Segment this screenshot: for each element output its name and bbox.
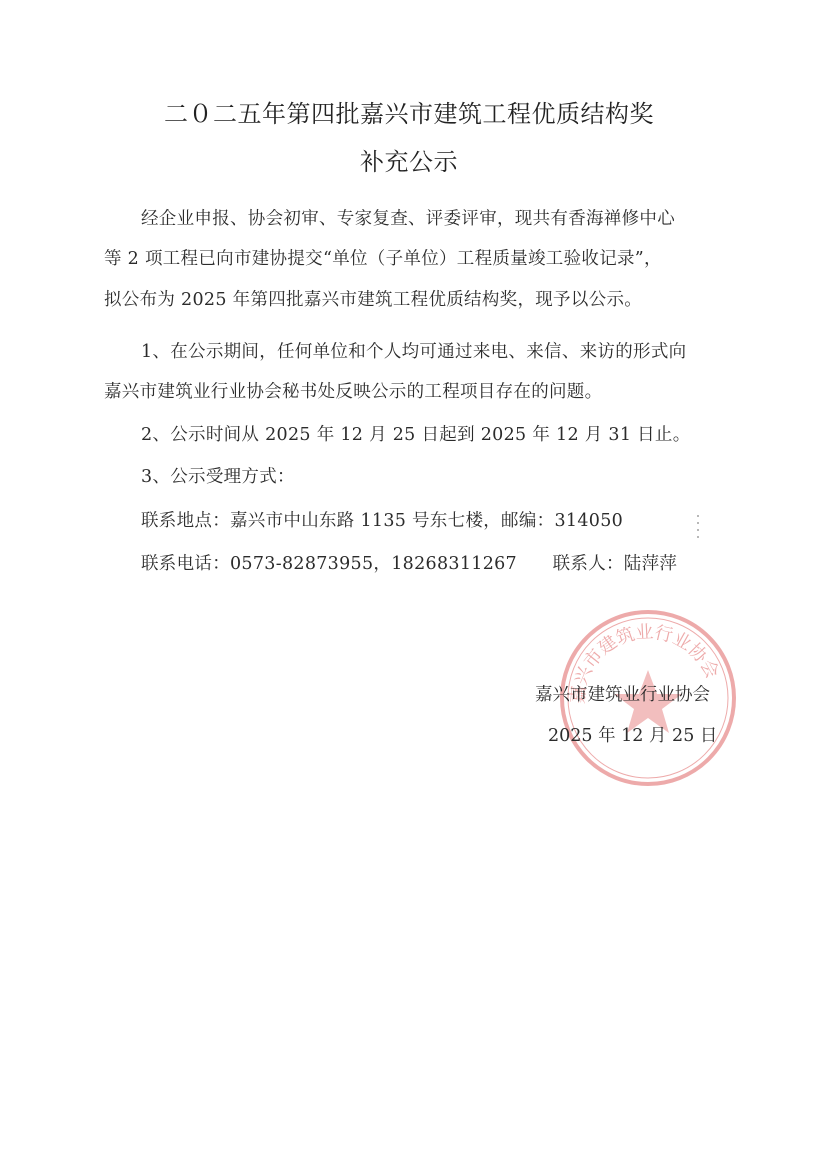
document-subtitle: 补充公示 bbox=[0, 142, 818, 177]
signature-date: 2025 年 12 月 25 日 bbox=[548, 722, 717, 747]
signature-org: 嘉兴市建筑业行业协会 bbox=[535, 681, 710, 706]
item-1-line-2: 嘉兴市建筑业行业协会秘书处反映公示的工程项目存在的问题。 bbox=[104, 378, 602, 403]
item-2: 2、公示时间从 2025 年 12 月 25 日起到 2025 年 12 月 3… bbox=[141, 421, 691, 446]
document-page: 二０二五年第四批嘉兴市建筑工程优质结构奖 补充公示 经企业申报、协会初审、专家复… bbox=[0, 0, 818, 1156]
scan-mark bbox=[697, 515, 699, 543]
document-title: 二０二五年第四批嘉兴市建筑工程优质结构奖 bbox=[0, 94, 818, 129]
contact-phone: 联系电话：0573-82873955，18268311267 联系人：陆萍萍 bbox=[141, 550, 677, 575]
item-3: 3、公示受理方式： bbox=[141, 463, 295, 488]
intro-line-1: 经企业申报、协会初审、专家复查、评委评审，现共有香海禅修中心 bbox=[141, 205, 675, 230]
item-1-line-1: 1、在公示期间，任何单位和个人均可通过来电、来信、来访的形式向 bbox=[141, 338, 686, 363]
intro-line-2: 等 2 项工程已向市建协提交“单位（子单位）工程质量竣工验收记录”， bbox=[104, 245, 662, 270]
intro-line-3: 拟公布为 2025 年第四批嘉兴市建筑工程优质结构奖，现予以公示。 bbox=[104, 286, 642, 311]
contact-address: 联系地点：嘉兴市中山东路 1135 号东七楼，邮编：314050 bbox=[141, 507, 623, 532]
